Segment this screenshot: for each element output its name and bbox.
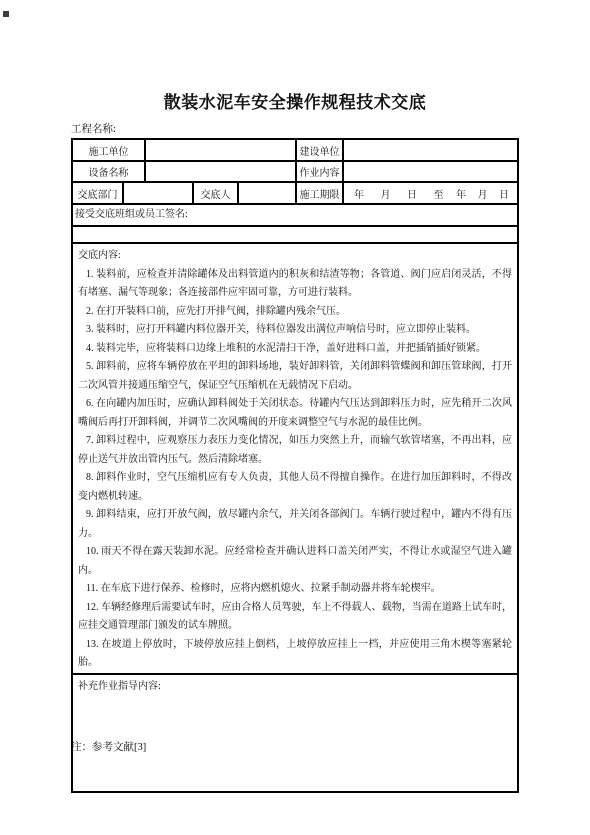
content-item-8: 8. 卸料作业时，空气压缩机应有专人负责，其他人员不得擅自操作。在进行加压卸料时… — [78, 469, 512, 506]
table-row: 补充作业指导内容: — [72, 674, 518, 792]
corner-mark — [3, 11, 9, 17]
construction-unit-value — [145, 139, 296, 161]
content-item-2: 2. 在打开装料口前，应先打开排气阀，排除罐内残余气压。 — [78, 303, 512, 322]
content-item-11: 11. 在车底下进行保养、检修时，应将内燃机熄火、拉紧手制动器并将车轮楔牢。 — [78, 580, 512, 599]
content-item-7: 7. 卸料过程中，应观察压力表压力变化情况，如压力突然上升，而输气软管堵塞，不再… — [78, 432, 512, 469]
table-row: 交底部门 交底人 施工期限 年 月 日 至 年 月 日 — [72, 182, 518, 204]
content-item-1: 1. 装料前，应检查并清除罐体及出料管道内的积灰和结渣等物；各管道、阀门应启闭灵… — [78, 266, 512, 303]
content-item-4: 4. 装料完毕，应将装料口边缘上堆积的水泥清扫干净，盖好进料口盖，并把插销插好锁… — [78, 340, 512, 359]
table-row: 接受交底班组或员工签名: — [72, 204, 518, 226]
work-content-value — [343, 161, 518, 182]
table-row: 交底内容: 1. 装料前，应检查并清除罐体及出料管道内的积灰和结渣等物；各管道、… — [72, 243, 518, 674]
supplement-label: 补充作业指导内容: — [75, 675, 515, 700]
content-item-6: 6. 在向罐内加压时，应确认卸料阀处于关闭状态。待罐内气压达到卸料压力时，应先稍… — [78, 395, 512, 432]
construction-period-dates: 年 月 日 至 年 月 日 — [343, 182, 518, 204]
content-item-13: 13. 在坡道上停放时，下坡停放应挂上倒档，上坡停放应挂上一档，并应使用三角木楔… — [78, 636, 512, 673]
content-item-12: 12. 车辆经修理后需要试车时，应由合格人员驾驶，车上不得载人、载物，当需在道路… — [78, 599, 512, 636]
work-content-label: 作业内容 — [296, 161, 343, 182]
period-start-date: 年 月 日 至 — [354, 186, 444, 201]
signature-row-label: 接受交底班组或员工签名: — [72, 204, 518, 226]
page-title: 散装水泥车安全操作规程技术交底 — [0, 88, 590, 113]
disclosure-content-label: 交底内容: — [78, 247, 512, 266]
discloser-label: 交底人 — [193, 182, 238, 204]
construction-period-label: 施工期限 — [296, 182, 343, 204]
reference-footnote: 注：参考文献[3] — [71, 739, 146, 754]
equipment-name-label: 设备名称 — [72, 161, 145, 182]
disclosure-form-table: 施工单位 建设单位 设备名称 作业内容 交底部门 交底人 施工期限 年 月 日 … — [71, 138, 519, 793]
table-row — [72, 226, 518, 243]
build-owner-label: 建设单位 — [296, 139, 343, 161]
content-item-9: 9. 卸料结束，应打开放气阀，放尽罐内余气，并关闭各部阀门。车辆行驶过程中，罐内… — [78, 506, 512, 543]
discloser-value — [238, 182, 296, 204]
supplement-cell: 补充作业指导内容: — [72, 674, 518, 792]
document-page: 散装水泥车安全操作规程技术交底 工程名称: 施工单位 建设单位 设备名称 作业内… — [0, 0, 590, 835]
period-end-date: 年 月 日 — [456, 186, 509, 201]
build-owner-value — [343, 139, 518, 161]
content-item-10: 10. 雨天不得在露天装卸水泥。应经常检查并确认进料口盖关闭严实，不得让水或湿空… — [78, 543, 512, 580]
project-name-label: 工程名称: — [71, 121, 116, 136]
disclosure-dept-label: 交底部门 — [72, 182, 123, 204]
equipment-name-value — [145, 161, 296, 182]
content-item-5: 5. 卸料前，应将车辆停放在平坦的卸料场地，装好卸料管，关闭卸料管蝶阀和卸压管球… — [78, 358, 512, 395]
construction-unit-label: 施工单位 — [72, 139, 145, 161]
disclosure-dept-value — [123, 182, 193, 204]
signature-blank-row — [72, 226, 518, 243]
table-row: 设备名称 作业内容 — [72, 161, 518, 182]
table-row: 施工单位 建设单位 — [72, 139, 518, 161]
disclosure-content-cell: 交底内容: 1. 装料前，应检查并清除罐体及出料管道内的积灰和结渣等物；各管道、… — [72, 243, 518, 674]
content-item-3: 3. 装料时，应打开料罐内料位器开关，待料位器发出满位声响信号时，应立即停止装料… — [78, 321, 512, 340]
